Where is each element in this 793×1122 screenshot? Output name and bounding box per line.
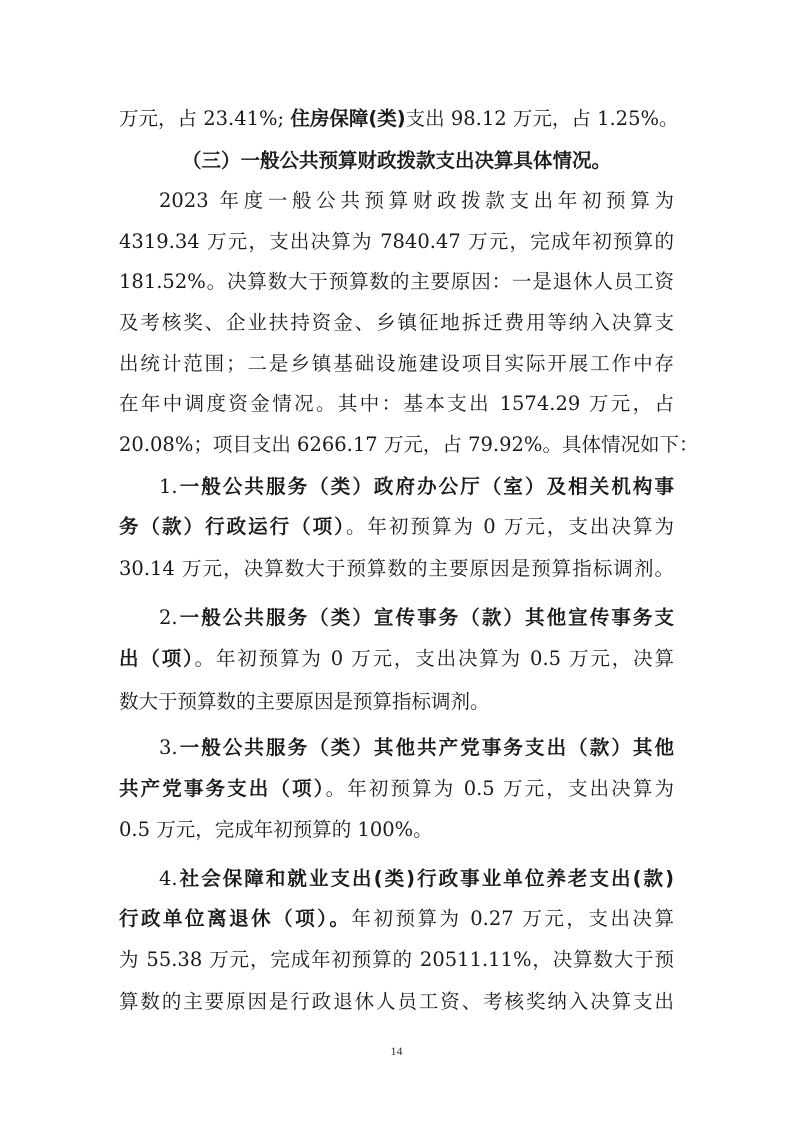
section-heading-text: （三）一般公共预算财政拨款支出决算具体情况。 [182, 149, 611, 172]
text-line: 共产党事务支出（项）。年初预算为 0.5 万元，支出决算为 [119, 774, 674, 804]
item-2-heading: 2.一般公共服务（类）宣传事务（款）其他宣传事务支 [119, 603, 674, 633]
text-segment: 算数的主要原因是行政退休人员工资、考核奖纳入决算支出 [119, 990, 674, 1013]
text-line: 算数的主要原因是行政退休人员工资、考核奖纳入决算支出 [119, 987, 674, 1017]
bold-text-segment: 一般公共服务（类）宣传事务（款）其他宣传事务支 [178, 606, 674, 629]
bold-text-segment: 一般公共服务（类）政府办公厅（室）及相关机构事 [178, 475, 674, 498]
text-line: 出统计范围；二是乡镇基础设施建设项目实际开展工作中存 [119, 349, 674, 379]
text-segment: 30.14 万元，决算数大于预算数的主要原因是预算指标调剂。 [119, 557, 674, 580]
bold-text-segment: 一般公共服务（类）其他共产党事务支出（款）其他 [178, 736, 674, 759]
page-number: 14 [0, 1044, 793, 1059]
section-heading: （三）一般公共预算财政拨款支出决算具体情况。 [119, 146, 674, 176]
text-segment: 在年中调度资金情况。其中：基本支出 1574.29 万元，占 [119, 392, 674, 415]
text-segment: 0.5 万元，完成年初预算的 100%。 [119, 818, 433, 841]
text-line: 在年中调度资金情况。其中：基本支出 1574.29 万元，占 [119, 389, 674, 419]
item-number: 2. [159, 606, 178, 629]
text-line: 务（款）行政运行（项）。年初预算为 0 万元，支出决算为 [119, 512, 674, 542]
bold-text-segment: 出（项） [119, 647, 195, 670]
item-number: 3. [159, 736, 178, 759]
text-segment: 为 55.38 万元，完成年初预算的 20511.11%，决算数大于预 [119, 948, 674, 971]
text-line: 数大于预算数的主要原因是预算指标调剂。 [119, 687, 674, 717]
text-segment: 出统计范围；二是乡镇基础设施建设项目实际开展工作中存 [119, 352, 674, 375]
text-segment: 。年初预算为 0 万元，支出决算为 0.5 万元，决算 [195, 647, 674, 670]
bold-text-segment: 社会保障和就业支出(类)行政事业单位养老支出(款) [178, 867, 674, 890]
text-segment: 万元，占 23.41%; [119, 107, 290, 130]
text-segment: 数大于预算数的主要原因是预算指标调剂。 [119, 690, 490, 713]
text-line: 20.08%；项目支出 6266.17 万元，占 79.92%。具体情况如下： [119, 430, 674, 460]
bold-text-segment: 共产党事务支出（项） [119, 777, 326, 800]
item-1-heading: 1.一般公共服务（类）政府办公厅（室）及相关机构事 [119, 472, 674, 502]
text-segment: 及考核奖、企业扶持资金、乡镇征地拆迁费用等纳入决算支 [119, 311, 674, 334]
text-line: 0.5 万元，完成年初预算的 100%。 [119, 815, 674, 845]
item-number: 1. [159, 475, 178, 498]
text-segment: 年初预算为 0.27 万元，支出决算 [351, 907, 674, 930]
text-line: 出（项）。年初预算为 0 万元，支出决算为 0.5 万元，决算 [119, 644, 674, 674]
text-line: 4319.34 万元，支出决算为 7840.47 万元，完成年初预算的 [119, 227, 674, 257]
text-segment: 。年初预算为 0 万元，支出决算为 [346, 515, 674, 538]
text-line: 181.52%。决算数大于预算数的主要原因：一是退休人员工资 [119, 267, 674, 297]
text-segment: 支出 98.12 万元，占 1.25%。 [406, 107, 679, 130]
text-line: 行政单位离退休（项）。年初预算为 0.27 万元，支出决算 [119, 904, 674, 934]
bold-text-segment: 住房保障(类) [290, 107, 405, 130]
text-line: 30.14 万元，决算数大于预算数的主要原因是预算指标调剂。 [119, 554, 674, 584]
text-line: 为 55.38 万元，完成年初预算的 20511.11%，决算数大于预 [119, 945, 674, 975]
bold-text-segment: 务（款）行政运行（项） [119, 515, 346, 538]
text-segment: 2023 年度一般公共预算财政拨款支出年初预算为 [159, 189, 674, 212]
text-segment: 181.52%。决算数大于预算数的主要原因：一是退休人员工资 [119, 270, 674, 293]
item-number: 4. [159, 867, 178, 890]
text-segment: 4319.34 万元，支出决算为 7840.47 万元，完成年初预算的 [119, 230, 674, 253]
text-segment: 20.08%；项目支出 6266.17 万元，占 79.92%。具体情况如下： [119, 433, 698, 456]
text-line: 2023 年度一般公共预算财政拨款支出年初预算为 [119, 186, 674, 216]
text-line: 及考核奖、企业扶持资金、乡镇征地拆迁费用等纳入决算支 [119, 308, 674, 338]
text-segment: 。年初预算为 0.5 万元，支出决算为 [326, 777, 674, 800]
text-line: 万元，占 23.41%; 住房保障(类)支出 98.12 万元，占 1.25%。 [119, 104, 674, 134]
bold-text-segment: 行政单位离退休（项）。 [119, 907, 351, 930]
item-4-heading: 4.社会保障和就业支出(类)行政事业单位养老支出(款) [119, 864, 674, 894]
item-3-heading: 3.一般公共服务（类）其他共产党事务支出（款）其他 [119, 733, 674, 763]
